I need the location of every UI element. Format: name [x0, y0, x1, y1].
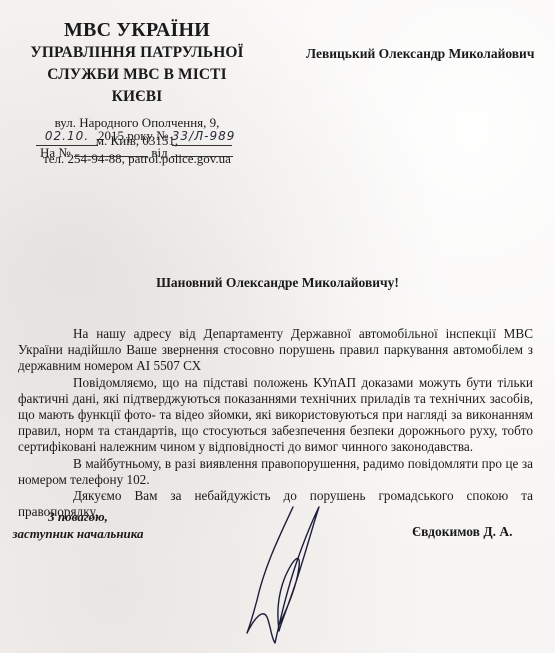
closing: З повагою, заступник начальника [8, 508, 148, 542]
reference-date-blank [171, 144, 233, 157]
letter-body: На нашу адресу від Департаменту Державно… [18, 326, 533, 520]
salutation: Шановний Олександре Миколайовичу! [0, 275, 555, 291]
letterhead-title: МВС УКРАЇНИ [22, 18, 252, 42]
recipient-name: Левицький Олександр Миколайович [306, 46, 534, 62]
body-paragraph: В майбутньому, в разі виявлення правопор… [18, 456, 533, 488]
reference-line: На № від [40, 144, 233, 162]
body-paragraph: На нашу адресу від Департаменту Державно… [18, 326, 533, 375]
registration-year: 2015 року № [98, 128, 169, 143]
letterhead-subtitle-1: УПРАВЛІННЯ ПАТРУЛЬНОЇ [22, 42, 252, 64]
closing-position: заступник начальника [8, 525, 148, 542]
signature-icon [235, 505, 345, 645]
body-paragraph: Повідомляємо, що на підставі положень КУ… [18, 375, 533, 456]
reference-number-blank [74, 144, 148, 157]
signer-name: Євдокимов Д. А. [412, 524, 513, 540]
letterhead-subtitle-2: СЛУЖБИ МВС В МІСТІ КИЄВІ [22, 64, 252, 108]
reference-from-label: від [151, 145, 167, 160]
closing-regards: З повагою, [8, 508, 148, 525]
reference-label: На № [40, 145, 71, 160]
letter-page: МВС УКРАЇНИ УПРАВЛІННЯ ПАТРУЛЬНОЇ СЛУЖБИ… [0, 0, 555, 653]
